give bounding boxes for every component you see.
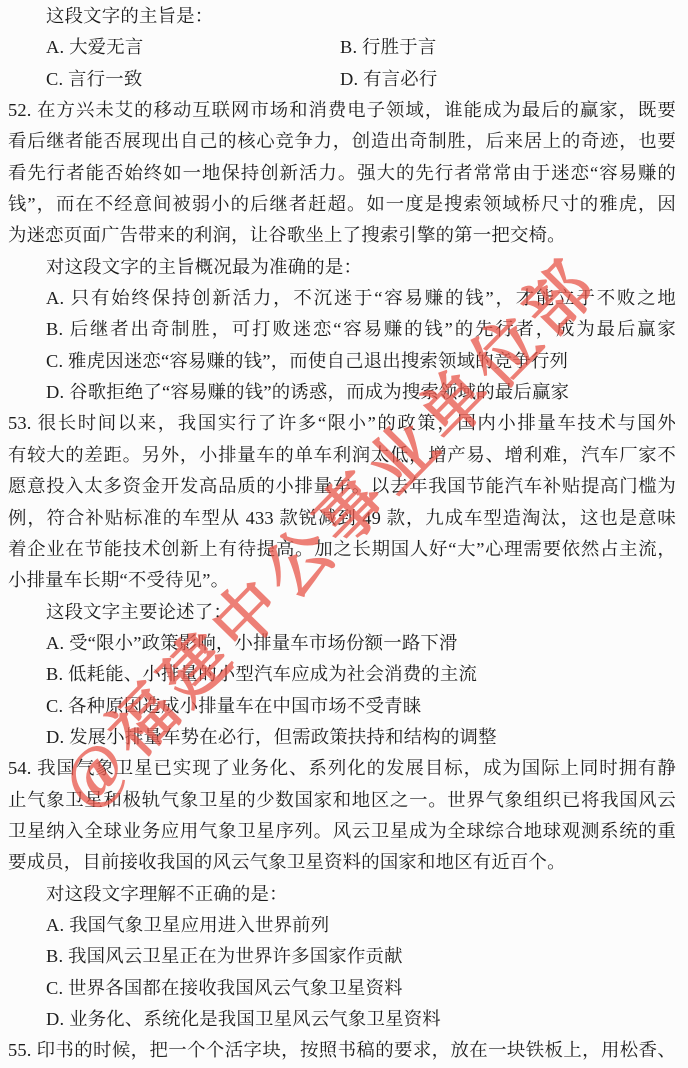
q54-option-b: B. 我国风云卫星正在为世界许多国家作贡献 xyxy=(0,941,688,972)
q54-option-a: A. 我国气象卫星应用进入世界前列 xyxy=(0,910,688,941)
q51-option-a: A. 大爱无言 xyxy=(46,32,340,63)
q51-option-row: C. 言行一致 D. 有言必行 xyxy=(0,64,688,95)
q55-stem-line: 55. 印书的时候，把一个个活字块，按照书稿的要求，放在一块铁板上，用松香、 xyxy=(0,1035,688,1066)
q53-stem-line: 着企业在节能技术创新上有待提高。加之长期国人好“大”心理需要依然占主流， xyxy=(0,534,688,565)
q53-option-d: D. 发展小排量车势在必行，但需政策扶持和结构的调整 xyxy=(0,722,688,753)
q53-option-c: C. 各种原因造成小排量车在中国市场不受青睐 xyxy=(0,691,688,722)
q53-stem-line: 愿意投入太多资金开发高品质的小排量车。以去年我国节能汽车补贴提高门槛为 xyxy=(0,471,688,502)
q52-prompt: 对这段文字的主旨概况最为准确的是： xyxy=(0,252,688,283)
q53-stem-line: 例，符合补贴标准的车型从 433 款锐减到 49 款，九成车型造淘汰，这也是意味 xyxy=(0,503,688,534)
q52-option-c: C. 雅虎因迷恋“容易赚的钱”，而使自己退出搜索领域的竞争行列 xyxy=(0,346,688,377)
q54-stem-line: 止气象卫星和极轨气象卫星的少数国家和地区之一。世界气象组织已将我国风云 xyxy=(0,785,688,816)
q51-option-d: D. 有言必行 xyxy=(340,64,676,95)
q53-option-b: B. 低耗能、小排量的小型汽车应成为社会消费的主流 xyxy=(0,659,688,690)
q51-option-b: B. 行胜于言 xyxy=(340,32,676,63)
q53-prompt: 这段文字主要论述了： xyxy=(0,597,688,628)
exam-content: 这段文字的主旨是： A. 大爱无言 B. 行胜于言 C. 言行一致 D. 有言必… xyxy=(0,0,688,1067)
q51-prompt: 这段文字的主旨是： xyxy=(0,1,688,32)
q52-stem-line: 为迷恋页面广告带来的利润，让谷歌坐上了搜索引擎的第一把交椅。 xyxy=(0,220,688,251)
q54-prompt: 对这段文字理解不正确的是： xyxy=(0,879,688,910)
q52-stem-line: 钱”，而在不经意间被弱小的后继者赶超。如一度是搜索领域桥尺寸的雅虎，因 xyxy=(0,189,688,220)
q51-option-row: A. 大爱无言 B. 行胜于言 xyxy=(0,32,688,63)
q53-stem-line: 有较大的差距。另外，小排量车的单车利润太低，增产易、增利难，汽车厂家不 xyxy=(0,440,688,471)
q53-stem-line: 小排量车长期“不受待见”。 xyxy=(0,565,688,596)
q51-option-c: C. 言行一致 xyxy=(46,64,340,95)
q54-stem-line: 卫星纳入全球业务应用气象卫星序列。风云卫星成为全球综合地球观测系统的重 xyxy=(0,816,688,847)
q53-stem-line: 53. 很长时间以来，我国实行了许多“限小”的政策，国内小排量车技术与国外 xyxy=(0,408,688,439)
q54-option-c: C. 世界各国都在接收我国风云气象卫星资料 xyxy=(0,973,688,1004)
q54-stem-line: 要成员，目前接收我国的风云气象卫星资料的国家和地区有近百个。 xyxy=(0,847,688,878)
q52-stem-line: 看先行者能否始终如一地保持创新活力。强大的先行者常常由于迷恋“容易赚的 xyxy=(0,158,688,189)
q54-stem-line: 54. 我国气象卫星已实现了业务化、系列化的发展目标，成为国际上同时拥有静 xyxy=(0,753,688,784)
q53-option-a: A. 受“限小”政策影响，小排量车市场份额一路下滑 xyxy=(0,628,688,659)
q52-option-d: D. 谷歌拒绝了“容易赚的钱”的诱惑，而成为搜索领域的最后赢家 xyxy=(0,377,688,408)
q52-option-a: A. 只有始终保持创新活力，不沉迷于“容易赚的钱”，才能立于不败之地 xyxy=(0,283,688,314)
exam-page: 这段文字的主旨是： A. 大爱无言 B. 行胜于言 C. 言行一致 D. 有言必… xyxy=(0,0,688,1068)
q52-stem-line: 52. 在方兴未艾的移动互联网市场和消费电子领域，谁能成为最后的赢家，既要 xyxy=(0,95,688,126)
q52-option-b: B. 后继者出奇制胜，可打败迷恋“容易赚的钱”的先行者，成为最后赢家 xyxy=(0,314,688,345)
q52-stem-line: 看后继者能否展现出自己的核心竞争力，创造出奇制胜，后来居上的奇迹，也要 xyxy=(0,126,688,157)
q54-option-d: D. 业务化、系统化是我国卫星风云气象卫星资料 xyxy=(0,1004,688,1035)
